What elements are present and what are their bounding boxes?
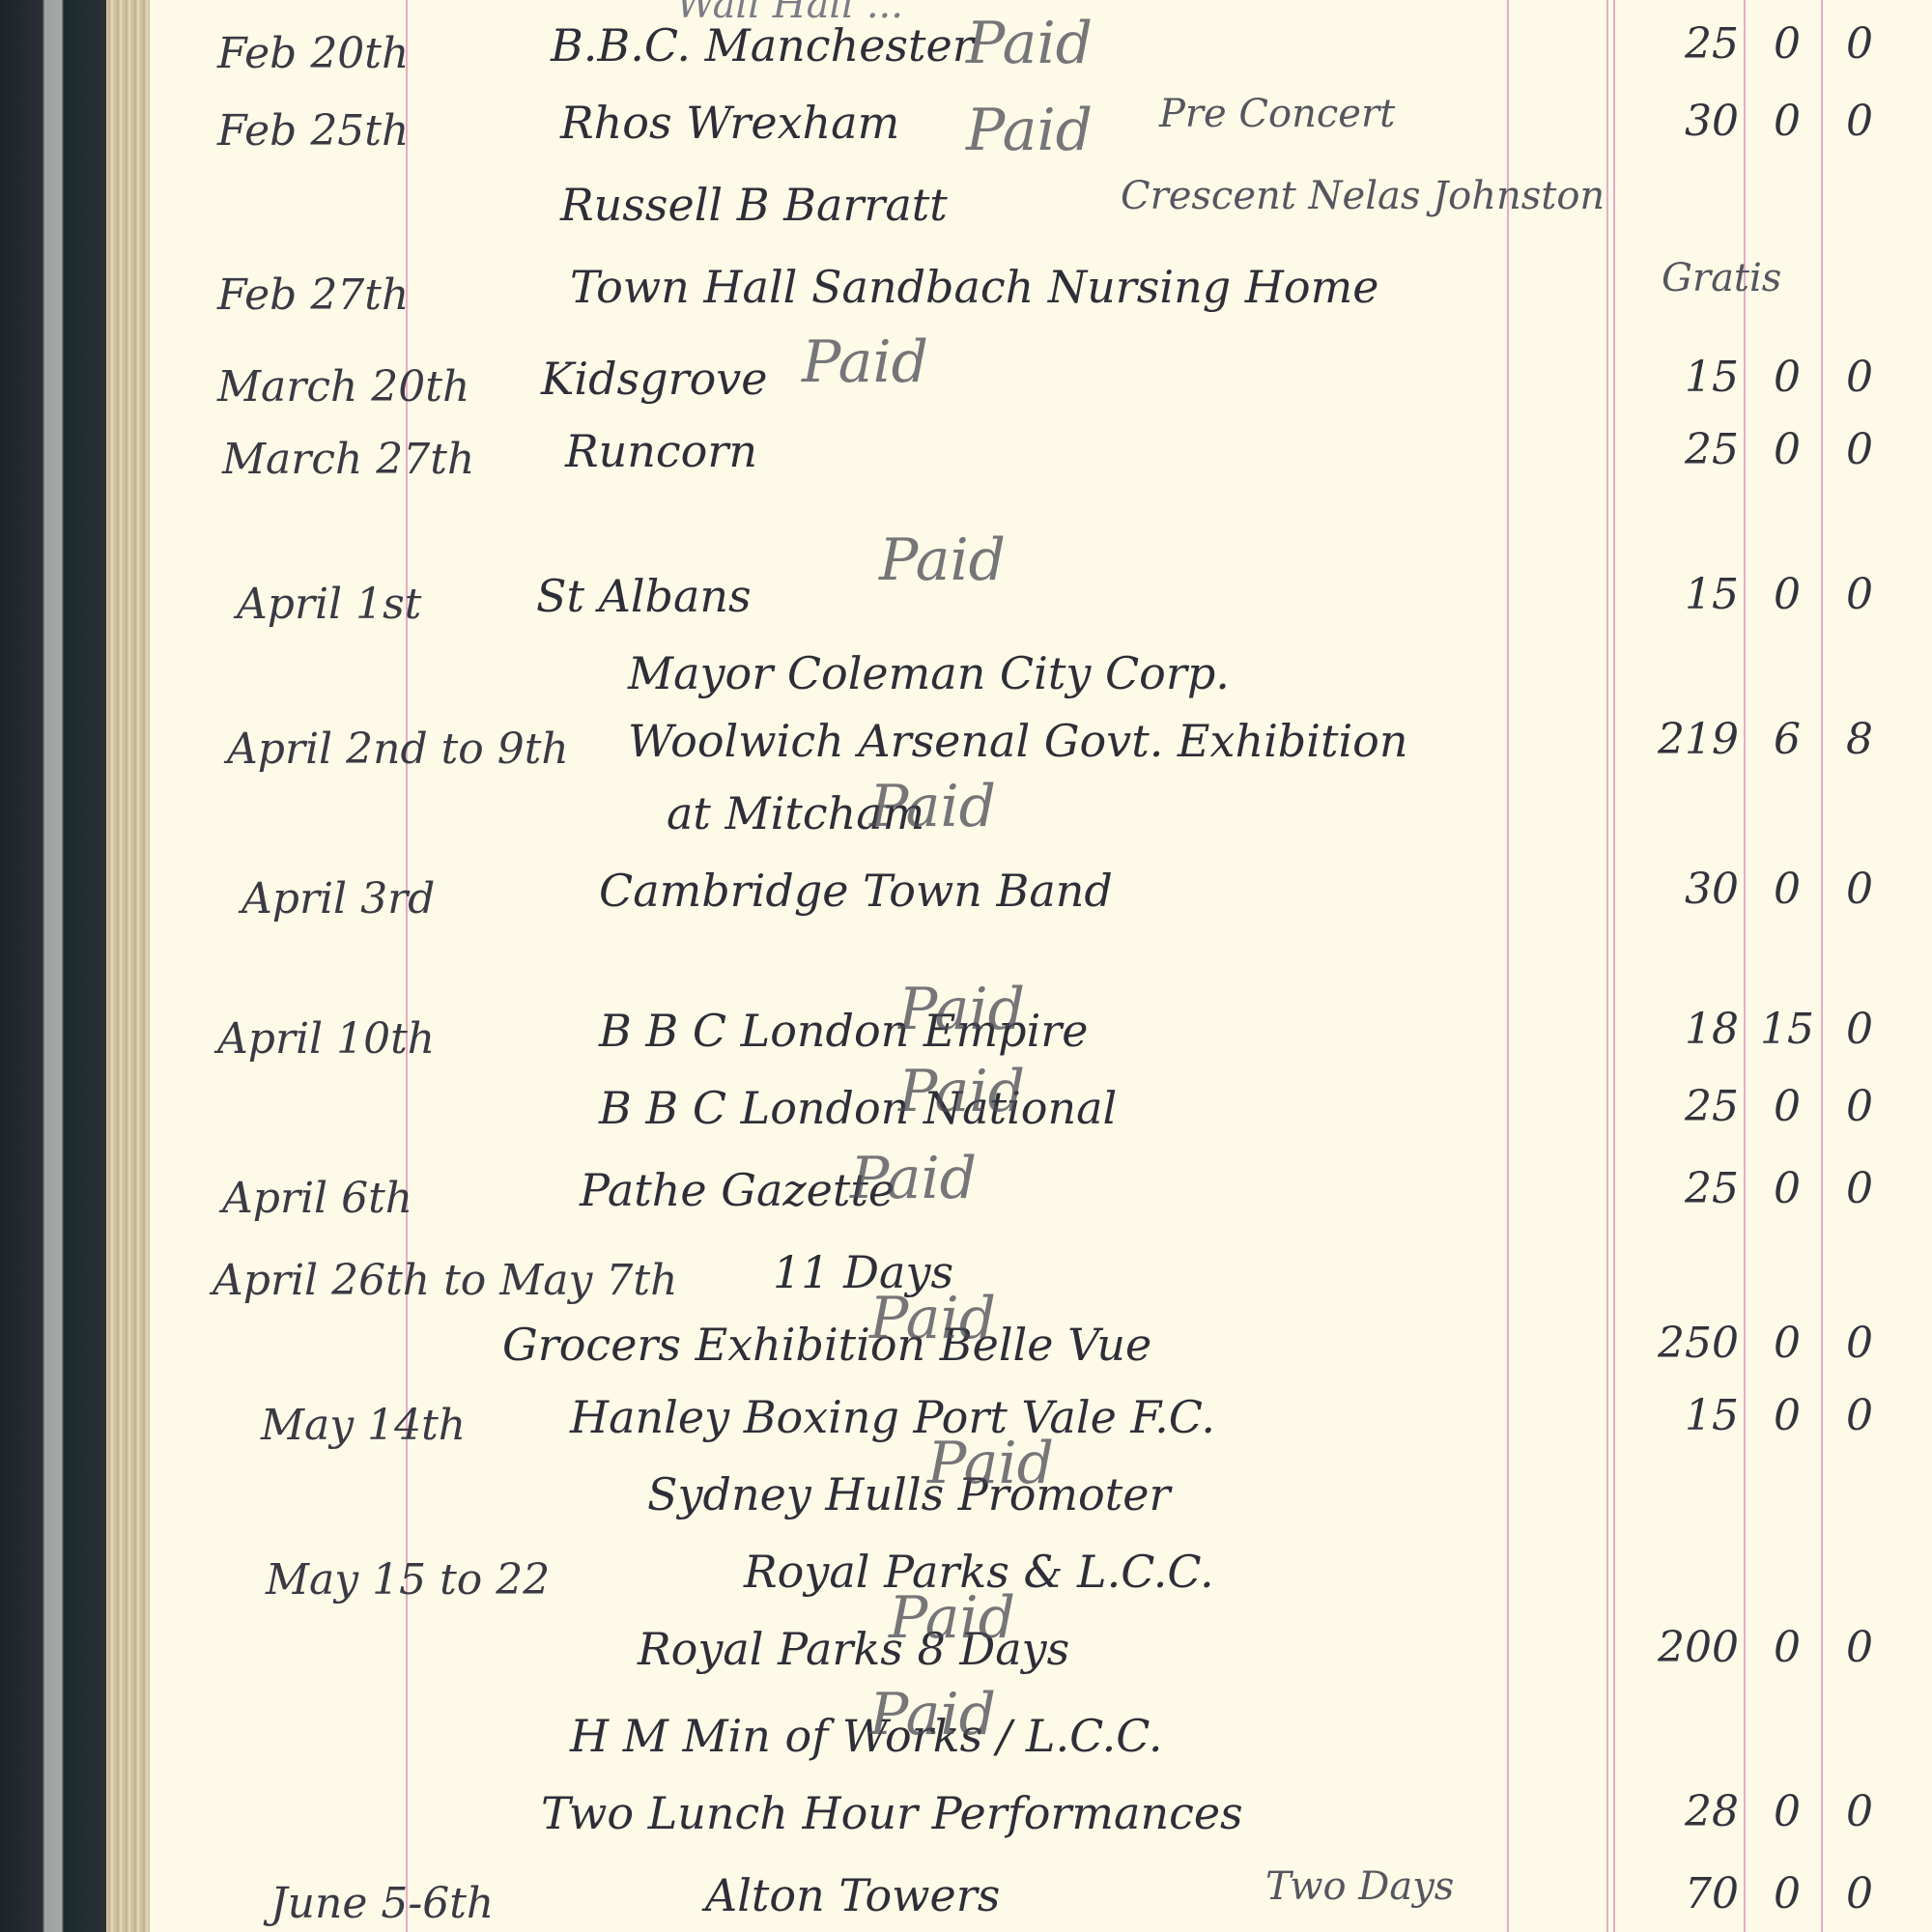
paid-mark: Paid [966, 97, 1093, 164]
paid-mark: Paid [879, 526, 1006, 594]
entry-date: Feb 27th [217, 270, 409, 320]
entry-date: April 10th [217, 1014, 435, 1064]
entry-description: Woolwich Arsenal Govt. Exhibition [628, 715, 1407, 767]
amount-pence: 0 [1831, 1869, 1889, 1918]
pence-rule [1821, 0, 1823, 1932]
pounds-rule-b [1613, 0, 1615, 1932]
amount-pence: 0 [1831, 425, 1889, 474]
entry-date: May 14th [261, 1401, 466, 1450]
amount-pence: 0 [1831, 353, 1889, 402]
entry-description: B.B.C. Manchester [551, 19, 974, 71]
amount-pounds: 25 [1633, 425, 1739, 474]
entry-description: Town Hall Sandbach Nursing Home [570, 261, 1378, 313]
paid-mark: Paid [898, 1058, 1025, 1125]
amount-pence: 0 [1831, 1787, 1889, 1836]
amount-pence: 0 [1831, 1082, 1889, 1131]
entry-description: Pathe Gazette [580, 1164, 895, 1216]
amount-shillings: 0 [1758, 1319, 1816, 1368]
entry-note: Two Days [1265, 1864, 1454, 1909]
paid-mark: Paid [869, 1285, 996, 1352]
entry-date: April 26th to May 7th [213, 1256, 677, 1305]
entry-description: B B C London National [599, 1082, 1117, 1134]
amount-shillings: 15 [1758, 1005, 1816, 1054]
amount-pounds: 200 [1633, 1623, 1739, 1672]
amount-pence: 0 [1831, 570, 1889, 619]
page-edges [106, 0, 150, 1932]
amount-shillings: 0 [1758, 1391, 1816, 1440]
book-binding [0, 0, 106, 1932]
desc-right-rule [1507, 0, 1509, 1932]
amount-shillings: 6 [1758, 715, 1816, 764]
entry-description: H M Min of Works / L.C.C. [570, 1710, 1162, 1762]
amount-shillings: 0 [1758, 865, 1816, 914]
top-fragment: Wall Hall ... [676, 0, 903, 27]
paid-mark: Paid [869, 773, 996, 840]
entry-note: Pre Concert [1159, 92, 1395, 136]
paid-mark: Paid [889, 1584, 1015, 1652]
entry-date: April 2nd to 9th [227, 724, 569, 774]
entry-date: March 20th [217, 362, 469, 412]
entry-description: Cambridge Town Band [599, 865, 1113, 917]
entry-note: Gratis [1662, 256, 1781, 300]
amount-shillings: 0 [1758, 97, 1816, 146]
entry-date: May 15 to 22 [266, 1555, 550, 1605]
entry-description: Hanley Boxing Port Vale F.C. [570, 1391, 1215, 1443]
entry-description: Grocers Exhibition Belle Vue [502, 1319, 1151, 1371]
amount-pounds: 15 [1633, 353, 1739, 402]
entry-date: April 6th [222, 1174, 412, 1223]
amount-pounds: 25 [1633, 19, 1739, 69]
amount-shillings: 0 [1758, 1787, 1816, 1836]
paid-mark: Paid [850, 1145, 977, 1212]
amount-pounds: 18 [1633, 1005, 1739, 1054]
entry-date: March 27th [222, 435, 474, 484]
amount-pence: 0 [1831, 865, 1889, 914]
amount-shillings: 0 [1758, 1164, 1816, 1213]
entry-description: Two Lunch Hour Performances [541, 1787, 1243, 1839]
amount-pounds: 25 [1633, 1082, 1739, 1131]
entry-note: Crescent Nelas Johnston [1121, 174, 1605, 218]
amount-pounds: 25 [1633, 1164, 1739, 1213]
entry-description: Mayor Coleman City Corp. [628, 647, 1230, 699]
amount-shillings: 0 [1758, 1082, 1816, 1131]
amount-pounds: 250 [1633, 1319, 1739, 1368]
paid-mark: Paid [869, 1681, 996, 1748]
paid-mark: Paid [927, 1430, 1054, 1497]
amount-pounds: 28 [1633, 1787, 1739, 1836]
amount-pence: 0 [1831, 97, 1889, 146]
amount-shillings: 0 [1758, 353, 1816, 402]
amount-shillings: 0 [1758, 1623, 1816, 1672]
amount-pounds: 15 [1633, 1391, 1739, 1440]
amount-pence: 0 [1831, 1623, 1889, 1672]
amount-pounds: 70 [1633, 1869, 1739, 1918]
amount-pence: 0 [1831, 1319, 1889, 1368]
entry-description: St Albans [536, 570, 752, 622]
pounds-rule-a [1606, 0, 1608, 1932]
amount-pence: 8 [1831, 715, 1889, 764]
amount-pence: 0 [1831, 1005, 1889, 1054]
amount-pounds: 30 [1633, 97, 1739, 146]
amount-pence: 0 [1831, 1164, 1889, 1213]
entry-description: Kidsgrove [541, 353, 767, 405]
entry-description: Russell B Barratt [560, 179, 948, 231]
amount-pounds: 15 [1633, 570, 1739, 619]
entry-date: April 1st [237, 580, 421, 629]
entry-date: April 3rd [241, 874, 435, 923]
amount-pence: 0 [1831, 1391, 1889, 1440]
amount-shillings: 0 [1758, 570, 1816, 619]
paid-mark: Paid [898, 976, 1025, 1043]
entry-date: Feb 25th [217, 106, 409, 156]
entry-date: Feb 20th [217, 29, 409, 78]
entry-description: Sydney Hulls Promoter [647, 1468, 1170, 1520]
entry-date: June 5-6th [270, 1879, 494, 1928]
amount-shillings: 0 [1758, 19, 1816, 69]
entry-description: Rhos Wrexham [560, 97, 899, 149]
entry-description: Runcorn [565, 425, 757, 477]
paid-mark: Paid [966, 10, 1093, 77]
entry-description: Alton Towers [705, 1869, 1000, 1921]
amount-pence: 0 [1831, 19, 1889, 69]
paid-mark: Paid [802, 328, 928, 396]
amount-shillings: 0 [1758, 425, 1816, 474]
amount-pounds: 219 [1633, 715, 1739, 764]
amount-shillings: 0 [1758, 1869, 1816, 1918]
amount-pounds: 30 [1633, 865, 1739, 914]
